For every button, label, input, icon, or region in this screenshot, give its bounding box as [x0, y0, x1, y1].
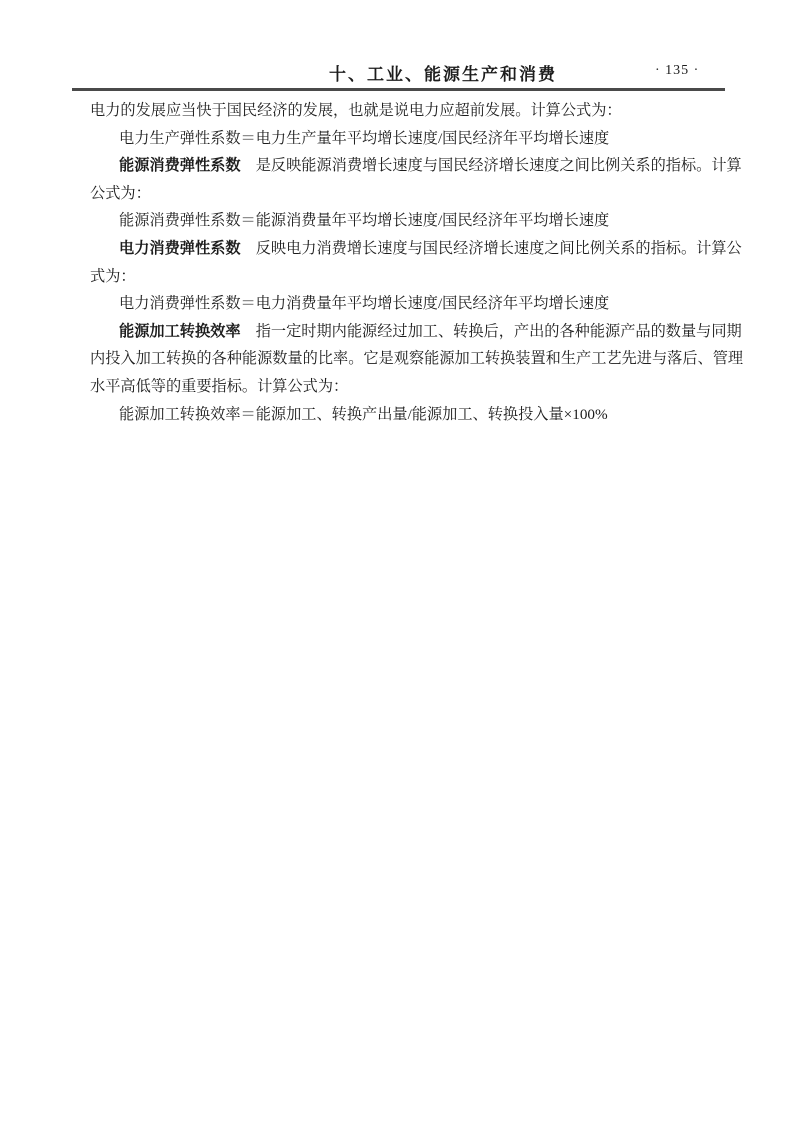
text-line: 内投入加工转换的各种能源数量的比率。它是观察能源加工转换装置和生产工艺先进与落后…	[90, 345, 722, 373]
text-line: 公式为：	[90, 180, 722, 208]
text-segment: 是反映能源消费增长速度与国民经济增长速度之间比例关系的指标。计算	[241, 157, 742, 174]
text-segment: 水平高低等的重要指标。计算公式为：	[90, 378, 348, 395]
text-segment: 式为：	[90, 268, 136, 285]
term-label: 能源消费弹性系数	[119, 157, 241, 174]
text-line: 水平高低等的重要指标。计算公式为：	[90, 373, 722, 401]
page-number: · 135 ·	[655, 63, 699, 79]
text-segment: 指一定时期内能源经过加工、转换后，产出的各种能源产品的数量与同期	[241, 323, 742, 340]
formula-line: 能源消费弹性系数＝能源消费量年平均增长速度/国民经济年平均增长速度	[90, 207, 722, 235]
text-segment: 反映电力消费增长速度与国民经济增长速度之间比例关系的指标。计算公	[241, 240, 742, 257]
chapter-title: 十、工业、能源生产和消费	[329, 60, 557, 85]
body-text: 电力的发展应当快于国民经济的发展，也就是说电力应超前发展。计算公式为：电力生产弹…	[90, 97, 722, 428]
text-line: 式为：	[90, 263, 722, 291]
text-line: 能源消费弹性系数 是反映能源消费增长速度与国民经济增长速度之间比例关系的指标。计…	[90, 152, 722, 180]
formula-line: 电力生产弹性系数＝电力生产量年平均增长速度/国民经济年平均增长速度	[90, 125, 722, 153]
text-segment: 电力消费弹性系数＝电力消费量年平均增长速度/国民经济年平均增长速度	[119, 295, 609, 312]
text-line: 电力消费弹性系数 反映电力消费增长速度与国民经济增长速度之间比例关系的指标。计算…	[90, 235, 722, 263]
formula-line: 能源加工转换效率＝能源加工、转换产出量/能源加工、转换投入量×100%	[90, 401, 722, 429]
formula-line: 电力消费弹性系数＝电力消费量年平均增长速度/国民经济年平均增长速度	[90, 290, 722, 318]
text-line: 能源加工转换效率 指一定时期内能源经过加工、转换后，产出的各种能源产品的数量与同…	[90, 318, 722, 346]
text-segment: 能源加工转换效率＝能源加工、转换产出量/能源加工、转换投入量×100%	[119, 406, 608, 423]
term-label: 能源加工转换效率	[119, 323, 241, 340]
document-page: 十、工业、能源生产和消费 · 135 · 电力的发展应当快于国民经济的发展，也就…	[0, 0, 794, 1122]
text-segment: 公式为：	[90, 185, 151, 202]
text-segment: 电力的发展应当快于国民经济的发展，也就是说电力应超前发展。计算公式为：	[90, 102, 622, 119]
text-line: 电力的发展应当快于国民经济的发展，也就是说电力应超前发展。计算公式为：	[90, 97, 722, 125]
text-segment: 内投入加工转换的各种能源数量的比率。它是观察能源加工转换装置和生产工艺先进与落后…	[90, 350, 743, 367]
term-label: 电力消费弹性系数	[119, 240, 241, 257]
text-segment: 能源消费弹性系数＝能源消费量年平均增长速度/国民经济年平均增长速度	[119, 212, 609, 229]
text-segment: 电力生产弹性系数＝电力生产量年平均增长速度/国民经济年平均增长速度	[119, 130, 609, 147]
header-rule	[72, 88, 725, 91]
